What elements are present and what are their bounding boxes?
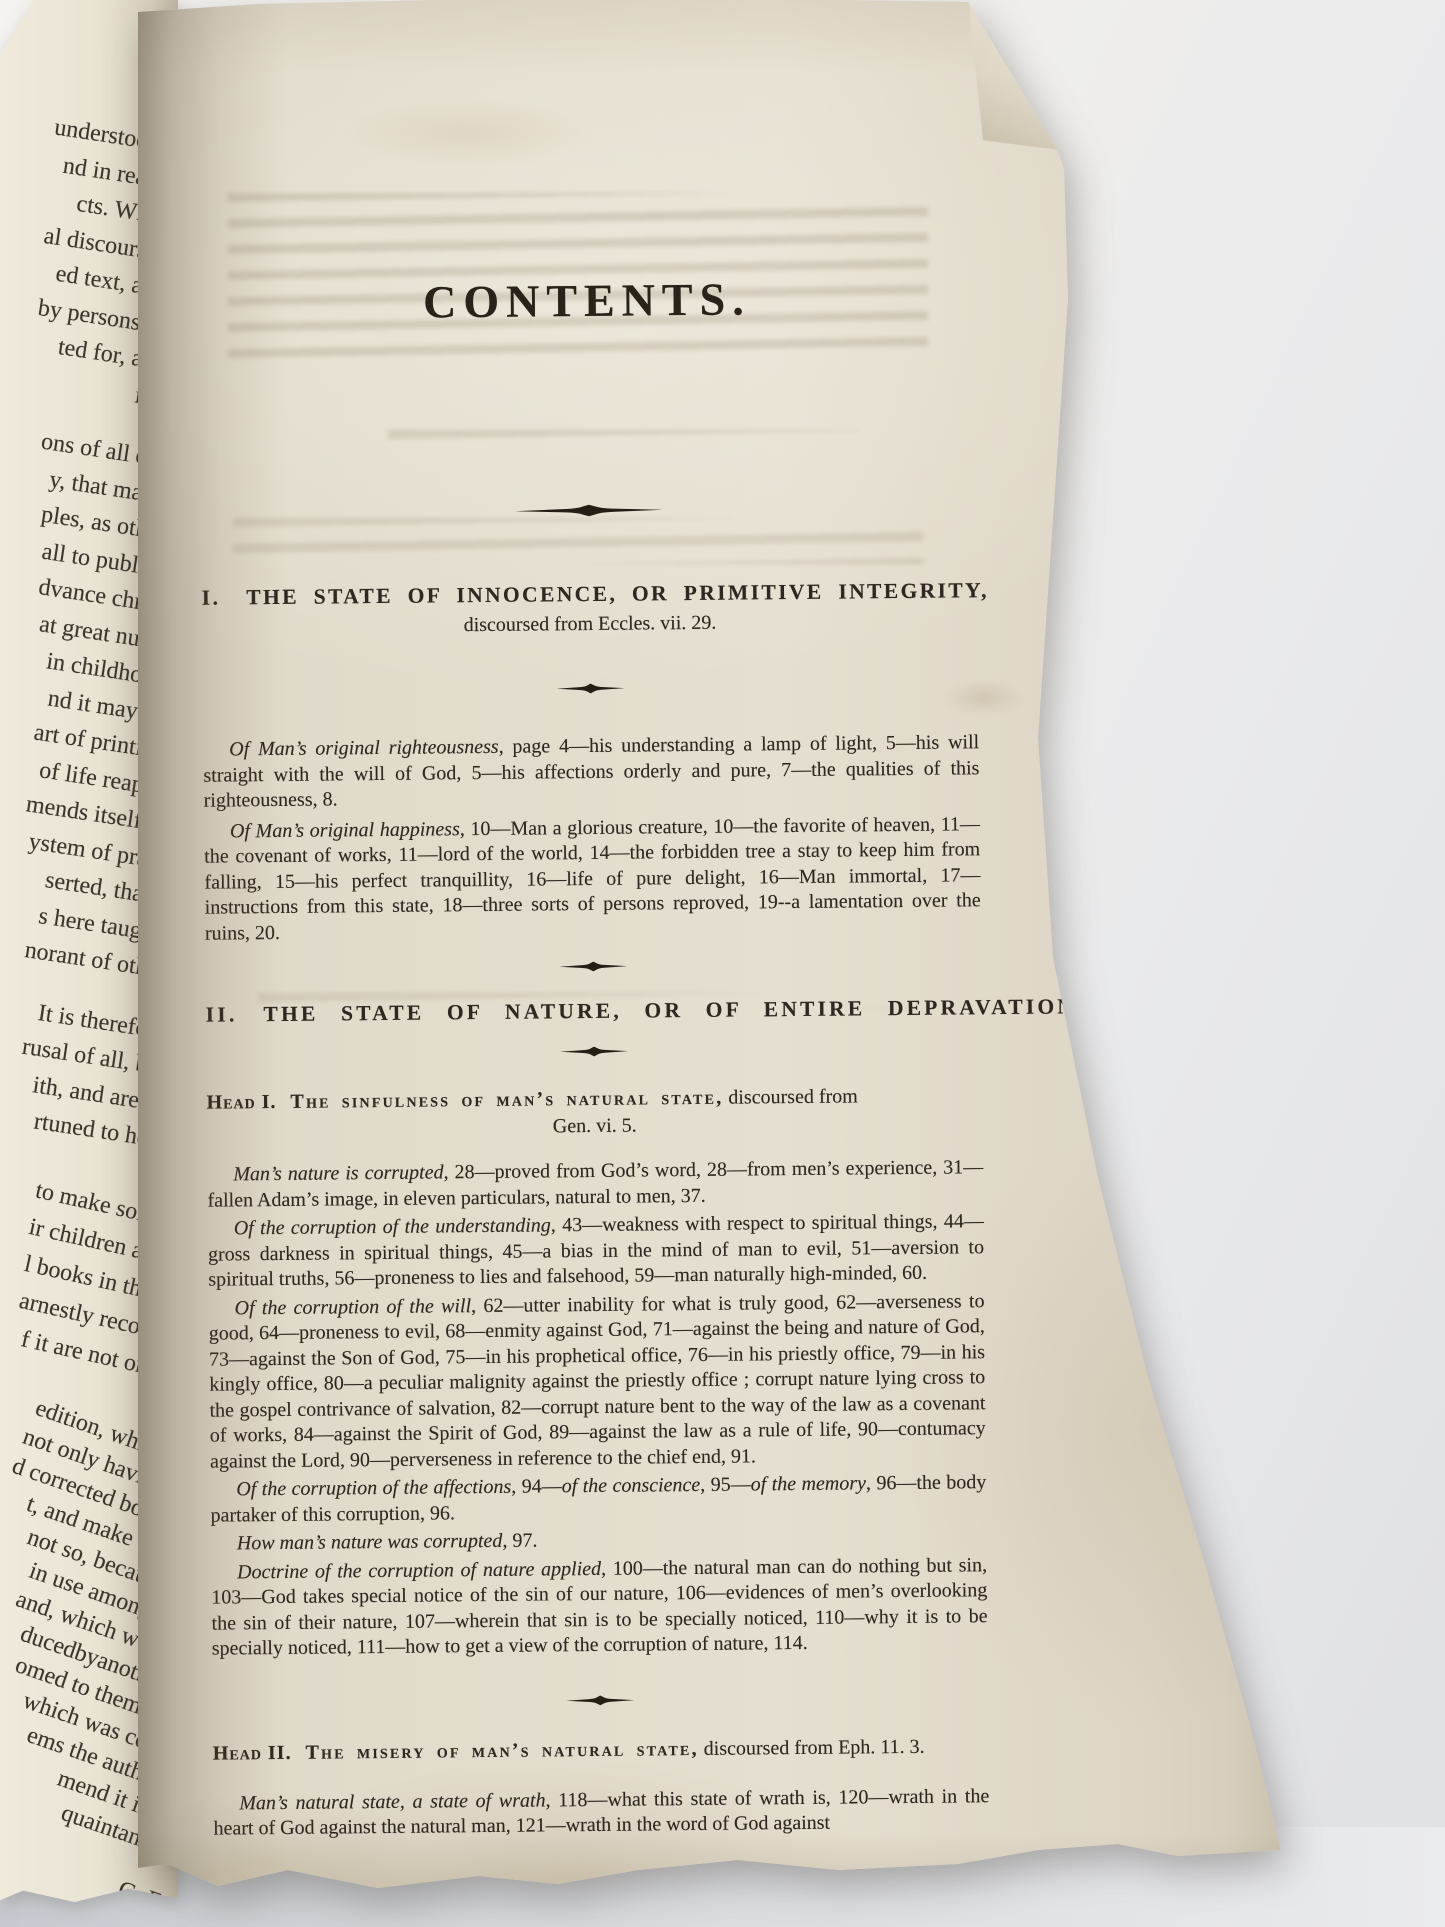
section-heading-line: II.THE STATE OF NATURE, OR OF ENTIRE DEP… bbox=[206, 992, 982, 1029]
section-title: THE STATE OF INNOCENCE, OR PRIMITIVE INT… bbox=[246, 578, 989, 609]
contents-paragraph: Man’s nature is corrupted, 28—proved fro… bbox=[207, 1155, 983, 1213]
diamond-rule-icon bbox=[565, 1694, 635, 1706]
folded-corner bbox=[958, 0, 1062, 156]
contents-paragraph: Doctrine of the corruption of nature app… bbox=[211, 1553, 988, 1662]
text-segment: Of the corruption of the affections bbox=[236, 1476, 511, 1501]
text-segment: of the conscience bbox=[562, 1474, 701, 1497]
text-segment: , 95— bbox=[700, 1473, 751, 1495]
head-heading-line: Head II.The misery of man’s natural stat… bbox=[213, 1732, 989, 1767]
text-segment: of the memory bbox=[751, 1472, 867, 1495]
book-photo: { "left_page": { "groups": [ {"lines": [… bbox=[0, 0, 1445, 1927]
contents-blocks: I.THE STATE OF INNOCENCE, OR PRIMITIVE I… bbox=[201, 500, 990, 1842]
text-segment: discoursed from bbox=[723, 1085, 858, 1108]
section-number: II. bbox=[206, 1002, 238, 1026]
ornamental-divider bbox=[212, 1691, 988, 1709]
ornamental-divider bbox=[206, 1042, 982, 1060]
text-segment: Man’s nature is corrupted bbox=[233, 1161, 443, 1185]
text-segment: Head I. bbox=[206, 1091, 276, 1114]
ornamental-divider bbox=[203, 679, 979, 697]
text-segment: Man’s natural state, a state of wrath bbox=[239, 1789, 545, 1814]
contents-page: CONTENTS. I.THE STATE OF INNOCENCE, OR P… bbox=[138, 0, 1308, 1910]
contents-page-wrap: CONTENTS. I.THE STATE OF INNOCENCE, OR P… bbox=[0, 0, 1445, 1927]
contents-paragraph: Of the corruption of the understanding, … bbox=[208, 1209, 985, 1293]
text-segment: The sinfulness of man’s natural state, bbox=[290, 1087, 723, 1113]
text-segment: Head II. bbox=[213, 1741, 292, 1764]
diamond-rule-icon bbox=[513, 503, 665, 517]
contents-paragraph: Of the corruption of the affections, 94—… bbox=[210, 1470, 986, 1528]
text-segment: Of Man’s original righteousness bbox=[229, 736, 499, 761]
section-subtitle: discoursed from Eccles. vii. 29. bbox=[202, 607, 978, 640]
contents-paragraph: Of Man’s original righteousness, page 4—… bbox=[203, 730, 980, 814]
contents-paragraph: How man’s nature was corrupted, 97. bbox=[211, 1524, 987, 1557]
text-segment: How man’s nature was corrupted bbox=[237, 1530, 503, 1555]
text-segment: Of Man’s original happiness bbox=[230, 818, 460, 842]
printed-content: CONTENTS. I.THE STATE OF INNOCENCE, OR P… bbox=[196, 0, 990, 1842]
text-segment: discoursed from Eph. 11. 3. bbox=[699, 1735, 925, 1759]
diamond-rule-icon bbox=[556, 683, 626, 695]
ornamental-divider bbox=[205, 957, 981, 975]
contents-paragraph: Man’s natural state, a state of wrath, 1… bbox=[213, 1784, 989, 1842]
head-heading: Head II.The misery of man’s natural stat… bbox=[213, 1732, 989, 1767]
section-heading: I.THE STATE OF INNOCENCE, OR PRIMITIVE I… bbox=[202, 575, 979, 640]
ornamental-divider bbox=[201, 500, 977, 520]
text-segment: Of the corruption of the understanding bbox=[234, 1214, 551, 1239]
head-heading: Head I.The sinfulness of man’s natural s… bbox=[206, 1081, 982, 1142]
diamond-rule-icon bbox=[559, 1046, 629, 1058]
contents-paragraph: Of the corruption of the will, 62—utter … bbox=[208, 1289, 986, 1475]
text-segment: , 94— bbox=[511, 1475, 562, 1497]
text-segment: Doctrine of the corruption of nature app… bbox=[237, 1557, 601, 1582]
text-segment: , 97. bbox=[502, 1530, 537, 1552]
section-heading: II.THE STATE OF NATURE, OR OF ENTIRE DEP… bbox=[206, 992, 982, 1029]
section-title: THE STATE OF NATURE, OR OF ENTIRE DEPRAV… bbox=[263, 994, 1084, 1026]
section-number: I. bbox=[202, 586, 221, 610]
contents-paragraph: Of Man’s original happiness, 10—Man a gl… bbox=[204, 812, 981, 947]
text-segment: The misery of man’s natural state, bbox=[305, 1737, 698, 1763]
text-segment: Of the corruption of the will bbox=[234, 1295, 471, 1319]
page-title: CONTENTS. bbox=[199, 270, 975, 331]
diamond-rule-icon bbox=[558, 961, 628, 973]
section-heading-line: I.THE STATE OF INNOCENCE, OR PRIMITIVE I… bbox=[202, 575, 978, 612]
